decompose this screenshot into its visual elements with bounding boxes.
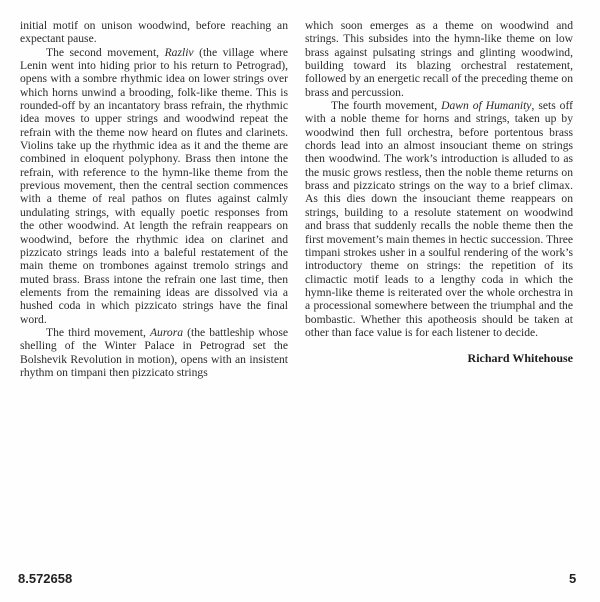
paragraph-fourth-movement: The fourth movement, Dawn of Humanity, s… <box>305 99 573 339</box>
paragraph-text: initial motif on unison woodwind, before… <box>20 19 288 45</box>
paragraph-continuation: initial motif on unison woodwind, before… <box>20 19 288 46</box>
paragraph-text: which soon emerges as a theme on woodwin… <box>305 19 573 99</box>
paragraph-second-movement: The second movement, Razliv (the village… <box>20 46 288 326</box>
left-text-column: initial motif on unison woodwind, before… <box>20 19 288 379</box>
paragraph-text: The second movement, <box>46 46 165 59</box>
paragraph-text: , sets off with a noble theme for horns … <box>305 99 573 339</box>
right-text-column: which soon emerges as a theme on woodwin… <box>305 19 573 366</box>
paragraph-third-movement-continued: which soon emerges as a theme on woodwin… <box>305 19 573 99</box>
paragraph-text: The third movement, <box>46 326 150 339</box>
movement-title-dawn-of-humanity: Dawn of Humanity <box>441 99 531 112</box>
paragraph-third-movement: The third movement, Aurora (the battlesh… <box>20 326 288 379</box>
movement-title-razliv: Razliv <box>165 46 194 59</box>
movement-title-aurora: Aurora <box>150 326 183 339</box>
author-signature: Richard Whitehouse <box>305 352 573 365</box>
catalogue-number: 8.572658 <box>18 571 72 586</box>
booklet-page: initial motif on unison woodwind, before… <box>0 0 600 602</box>
paragraph-text: (the village where Lenin went into hidin… <box>20 46 288 326</box>
page-number: 5 <box>569 571 576 586</box>
paragraph-text: The fourth movement, <box>331 99 441 112</box>
